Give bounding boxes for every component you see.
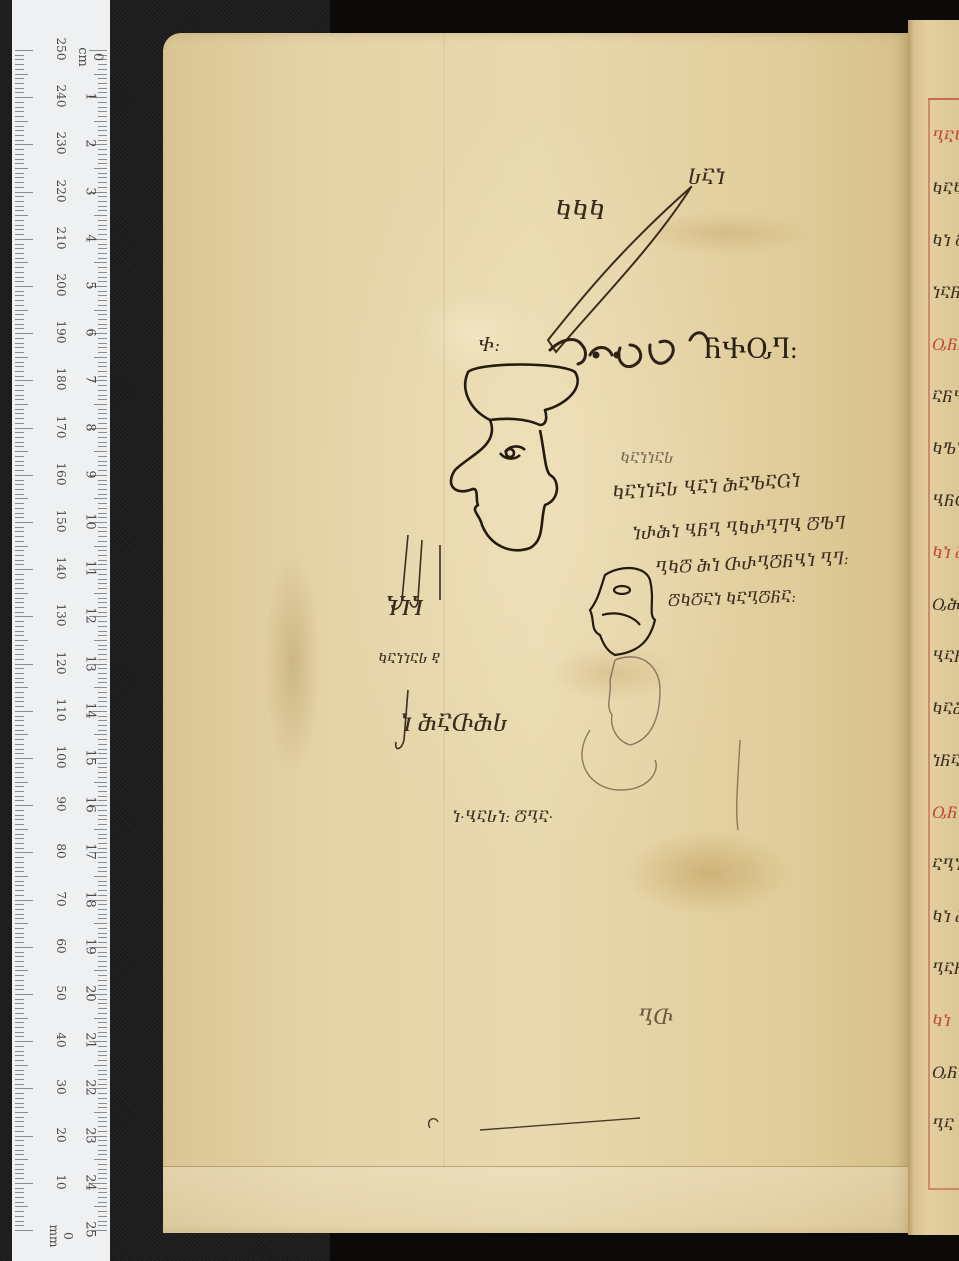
header-word: ႬႵႭႤ: [704, 336, 798, 364]
faint-head-sketch-icon [582, 657, 740, 830]
left-tall-letters: ႨႨႨ [385, 596, 423, 621]
small-head-sketch-icon [590, 568, 655, 655]
caricature-head-sketch-icon [451, 365, 578, 551]
header-word-strokes [550, 333, 708, 367]
top-numerals: ႩႩႩ [555, 200, 605, 225]
top-right-word: ႱႠႨ [688, 168, 725, 189]
text-block-heading: ႩႠႨႨႠႱ [620, 452, 674, 467]
bottom-scribble-marks [429, 1118, 640, 1130]
left-note-word-1: ႩႠႨႨႠႱ Ⴒ [378, 652, 439, 666]
left-note-word-2: Ⴈ ႫႠႧႫႱ [400, 712, 508, 736]
left-note-bottom-line: Ⴈ·ႡႠႱႨ: ႣႢႠ· [452, 810, 553, 826]
header-mark: Ⴕ: [478, 336, 500, 355]
bottom-marks: ႢႧ [638, 1008, 673, 1029]
pen-sketches [0, 0, 959, 1261]
